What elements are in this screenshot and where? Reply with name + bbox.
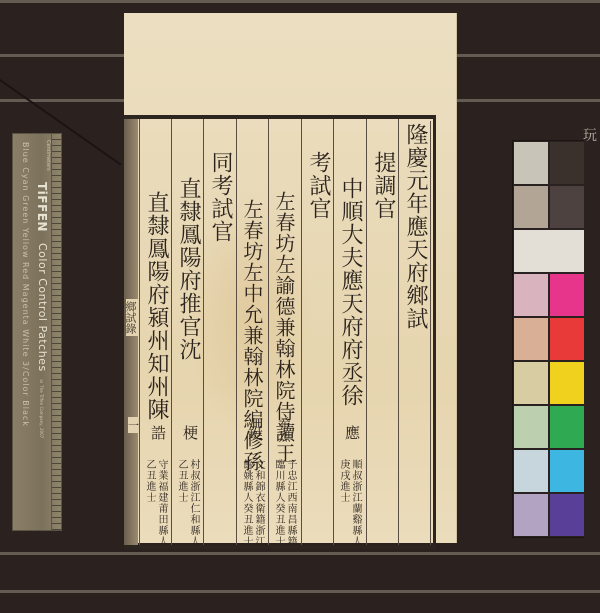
official-note-2: 庚戌進士 [338,459,348,503]
official-title: 直隸鳳陽府推官沈 [174,177,202,361]
strip-units: Centimeters [45,140,51,171]
color-patch-light-gray [513,141,549,185]
official-note-1: 守業福建莆田縣人 [156,459,166,547]
official-name: 應 [342,425,363,440]
frame-right-border [433,115,436,549]
color-control-strip: Blue Cyan Green Yellow Red Magenta White… [12,133,62,531]
strip-title: Color Control Patches [36,243,49,372]
column-supervisor-heading: 提調官 [366,119,398,545]
heading-associate-examiner: 同考試官 [206,151,234,243]
document-page: 鄉試錄 一 隆慶元年應天府鄉試 提調官 中順大夫應天府府丞徐 應 順叔浙江蘭谿縣… [124,13,457,543]
color-patch-yellow [549,361,585,405]
column-official-xu: 中順大夫應天府府丞徐 應 順叔浙江蘭谿縣人 庚戌進士 [333,119,365,545]
official-name: 梗 [180,425,201,440]
column-official-chen: 直隸鳳陽府潁州知州陳 誥 守業福建莆田縣人 乙丑進士 [139,119,171,545]
column-official-shen: 直隸鳳陽府推官沈 梗 村叔浙江仁和縣人 乙丑進士 [171,119,203,545]
color-patch-light-cyan [513,449,549,493]
page-title: 隆慶元年應天府鄉試 [401,123,429,330]
color-patch-chart [512,140,584,538]
color-patch-white [513,229,585,273]
page-number: 一 [128,417,139,433]
color-patch-cyan [549,449,585,493]
official-note-1: 子忠江西南昌縣籍 [285,459,295,547]
column-associate-examiner-heading: 同考試官 [203,119,235,545]
background-slat [0,552,600,555]
background-slat [0,590,600,593]
official-name: 希烈 [279,417,289,443]
official-name: 鋌 [245,425,266,440]
heading-examiner: 考試官 [304,151,332,220]
frame-inner-right-border [430,121,431,545]
strip-color-labels: Blue Cyan Green Yellow Red Magenta White… [21,142,30,427]
column-official-wang: 左春坊左諭德兼翰林院侍讀王 希烈 子忠江西南昌縣籍 臨川縣人癸丑進士 [268,119,300,545]
official-note-1: 順叔浙江蘭谿縣人 [350,459,360,547]
fold-margin: 鄉試錄 一 [124,119,138,545]
official-name: 誥 [148,425,169,440]
official-note-2: 餘姚縣人癸丑進士 [241,459,251,547]
color-patch-dark-brown [549,185,585,229]
ruler-scale [51,134,61,530]
column-official-sun: 左春坊左中允兼翰林院編修孫 鋌 文和錦衣衛籍浙江 餘姚縣人癸丑進士 [236,119,268,545]
color-patch-dark-gray [549,141,585,185]
background-slat [0,0,600,3]
color-patch-light-yellow [513,361,549,405]
color-patch-purple [549,493,585,537]
official-title: 直隸鳳陽府潁州知州陳 [142,191,170,421]
color-patch-green [549,405,585,449]
official-note-1: 文和錦衣衛籍浙江 [253,459,263,547]
official-note-2: 乙丑進士 [176,459,186,503]
official-note-2: 乙丑進士 [144,459,154,503]
color-patch-light-salmon [513,317,549,361]
color-patch-light-pink [513,273,549,317]
edge-character: 玩 [583,125,597,145]
official-title: 中順大夫應天府府丞徐 [336,177,364,407]
color-patch-tan [513,185,549,229]
spine-title: 鄉試錄 [126,299,138,336]
official-note-1: 村叔浙江仁和縣人 [188,459,198,547]
color-patch-magenta [549,273,585,317]
color-patch-red [549,317,585,361]
brand-name: TiFFEN [35,182,49,232]
strip-copyright: © The Tiffen Company, 2007 [39,379,44,438]
official-note-2: 臨川縣人癸丑進士 [273,459,283,547]
strip-brand: TiFFEN Color Control Patches [35,182,49,371]
color-patch-light-green [513,405,549,449]
column-title: 隆慶元年應天府鄉試 [398,119,430,545]
heading-supervisor: 提調官 [369,151,397,220]
color-patch-lavender [513,493,549,537]
column-examiner-heading: 考試官 [301,119,333,545]
